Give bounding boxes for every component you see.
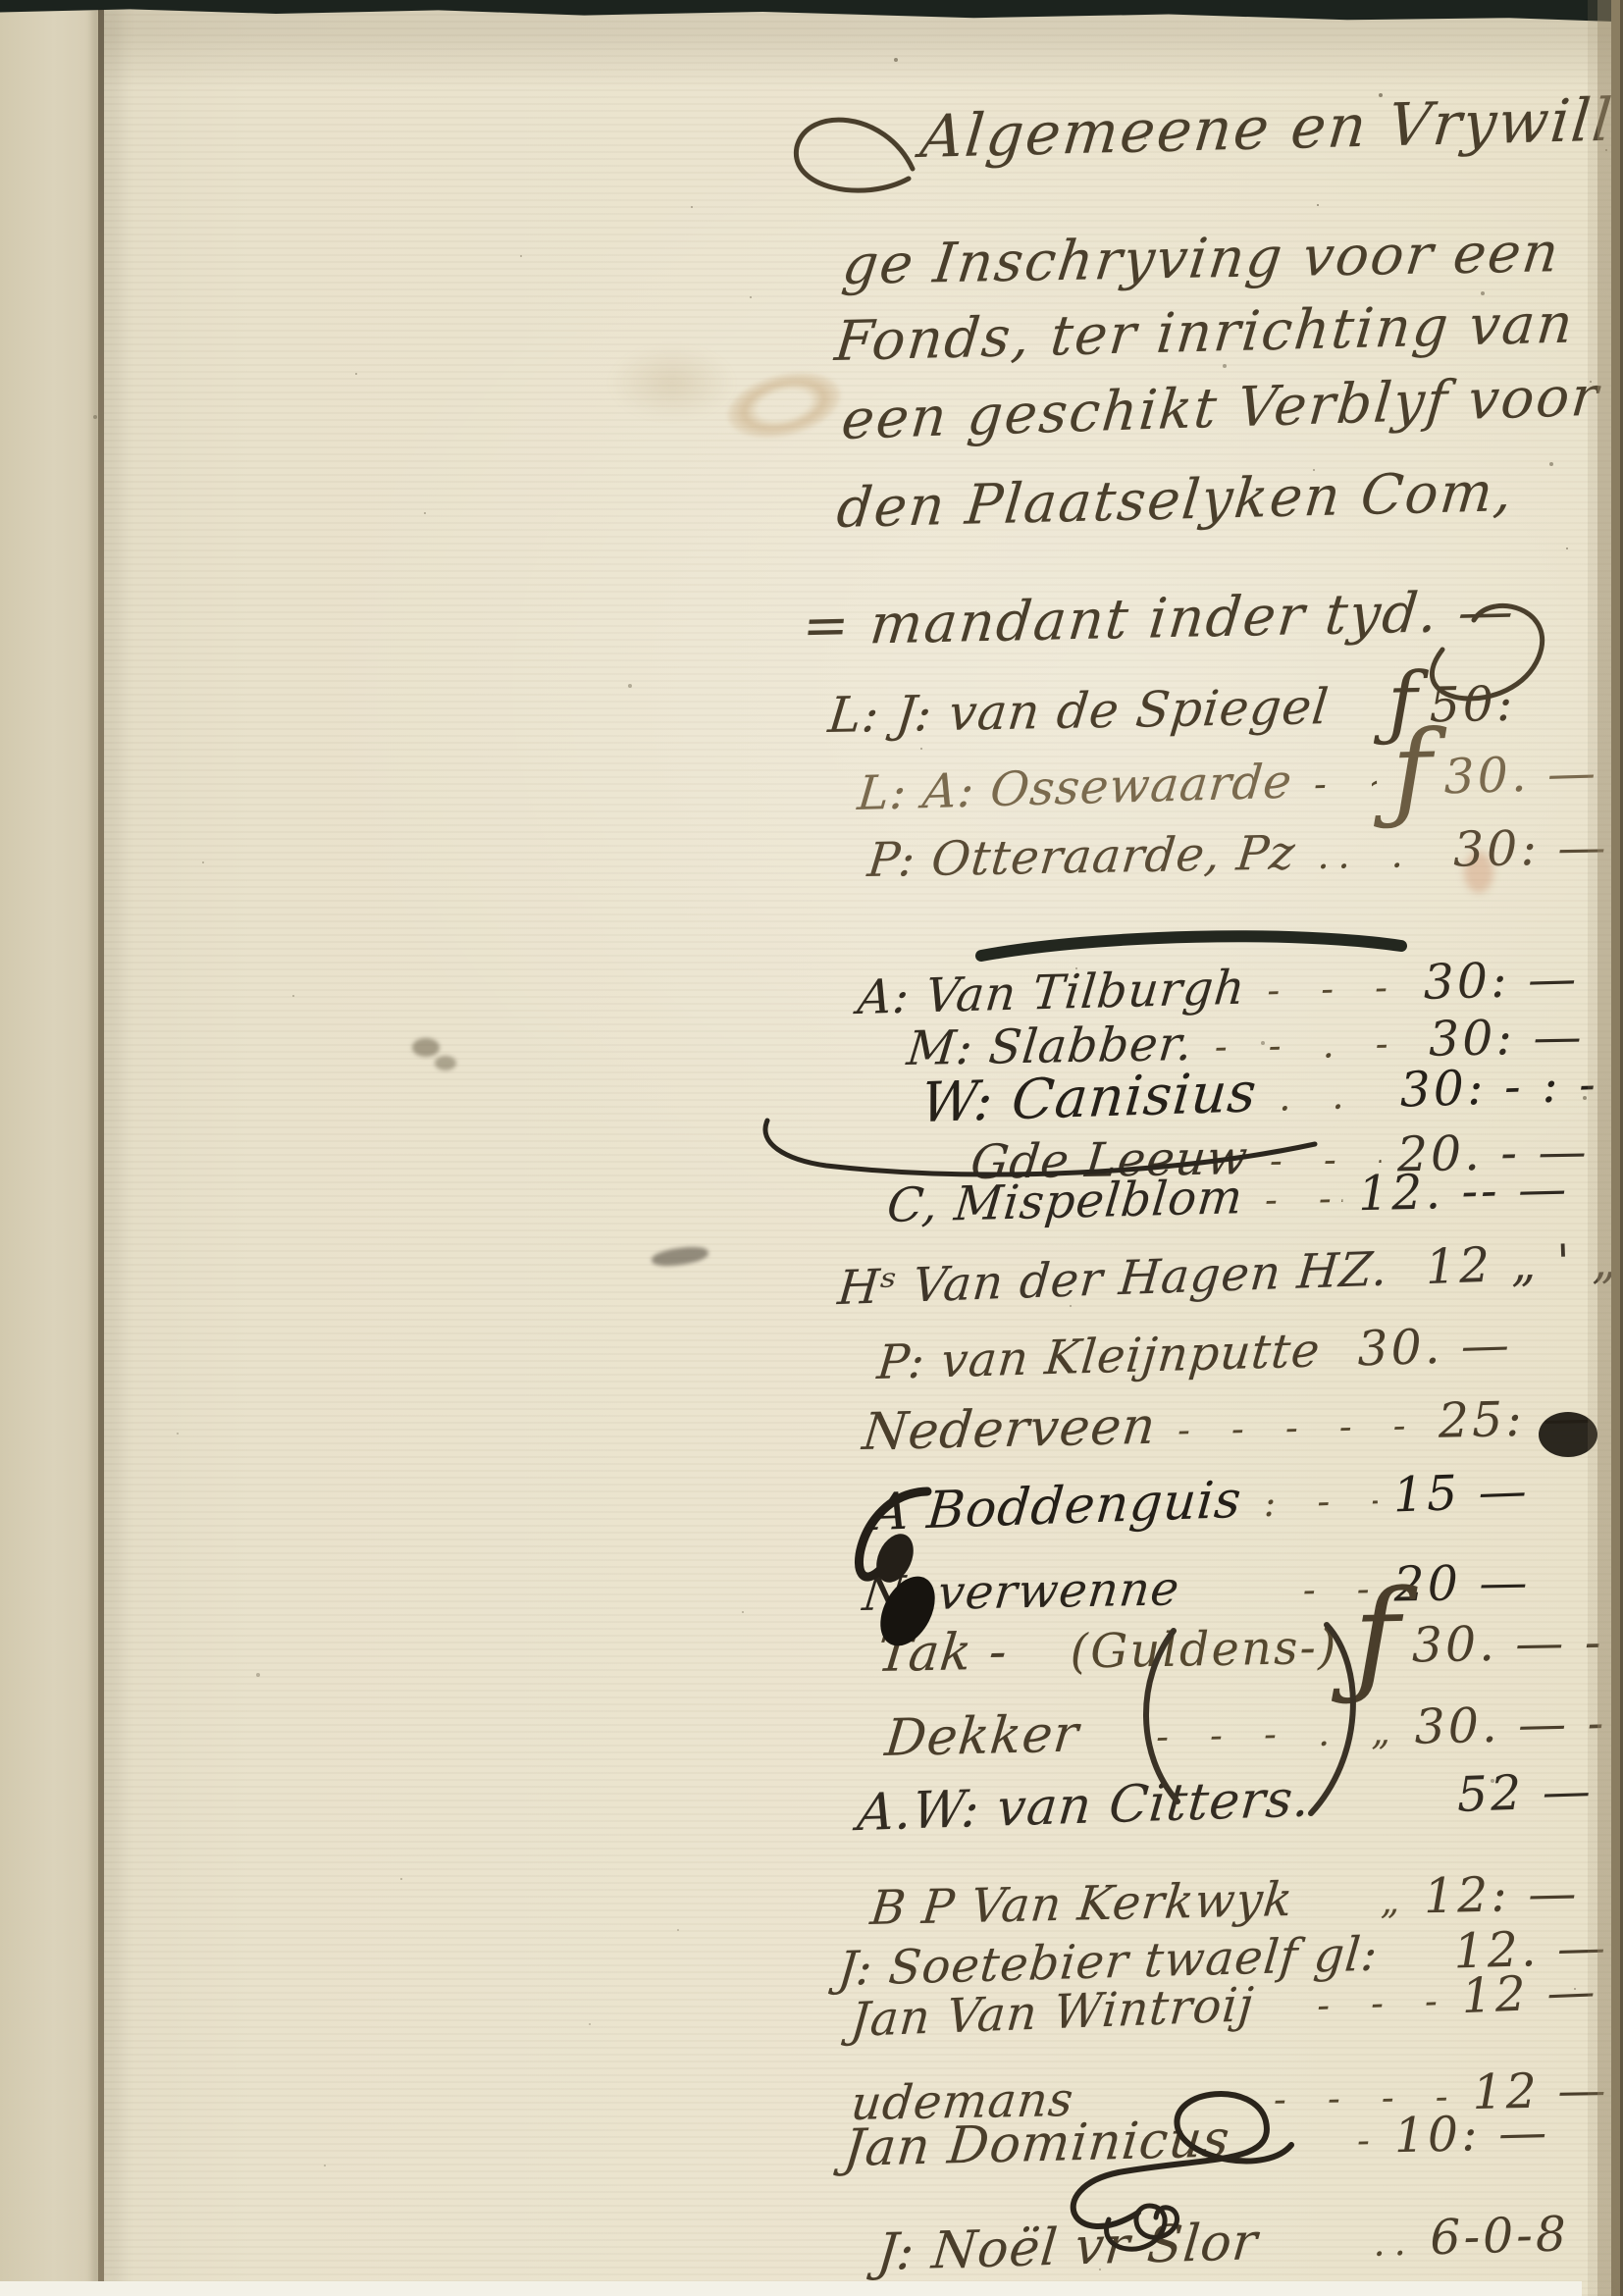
entry-leader: - - - — [1275, 1979, 1446, 2029]
crescent-stain — [720, 362, 847, 449]
entry-leader: .. — [1279, 2220, 1415, 2268]
entry-leader — [1333, 1811, 1441, 1815]
entry-amount: 15 — — [1392, 1463, 1531, 1524]
entry-leader: .. . „ — [1317, 832, 1439, 877]
ink-bleedthrough-stain — [589, 334, 756, 432]
entry-name: L: J: van de Spiegel — [825, 678, 1332, 744]
entry-name: Nˢ verwenne — [861, 1561, 1182, 1622]
small-smudge — [412, 1038, 440, 1057]
entry-name: A Boddenguis — [869, 1471, 1244, 1542]
entry-name: L: A: Ossewaarde — [856, 755, 1295, 822]
entry-amount: 30. — — [1357, 1317, 1513, 1377]
entry-amount: 30. — — [1443, 745, 1599, 805]
entry-leader: „ — [1341, 1331, 1342, 1375]
entry-amount: 30: — — [1423, 951, 1580, 1011]
entry-name: Hˢ Van der Hagen HZ. — [836, 1241, 1391, 1316]
entry-name: Tak - — [874, 1623, 1011, 1684]
scan-top-edge — [0, 0, 1623, 26]
entry-name: Dekker — [882, 1704, 1081, 1768]
small-smudge — [435, 1056, 456, 1070]
entry-name: B P Van Kerkwyk — [868, 1872, 1296, 1936]
ledger-entry: Nederveen- - - - - „25: — — [863, 1387, 1595, 1462]
entry-name: A.W: van Citters. — [855, 1769, 1313, 1843]
entry-name: P: van Kleijnputte — [875, 1323, 1323, 1390]
ledger-entry: A.W: van Citters.52 — — [857, 1760, 1595, 1843]
title-line: Algemeene en Vrywilli= — [917, 84, 1623, 172]
entry-leader: - — [1251, 2118, 1379, 2165]
entry-leader: (Guldens-) — [1028, 1620, 1338, 1680]
ledger-entry: A Boddenguis: - - - -15 — — [871, 1461, 1531, 1542]
title-line: Fonds, ter inrichting van — [832, 291, 1577, 374]
entry-leader: - ~ - . — [1313, 760, 1377, 806]
entry-amount: 30. — - — [1411, 1614, 1604, 1673]
florin-sign: ƒ — [1353, 1638, 1399, 1639]
page-right-edge — [1580, 0, 1623, 2296]
ledger-entry: Nˢ verwenne- -20 — — [863, 1554, 1531, 1622]
ledger-entry: Tak -(Guldens-)ƒ30. — - — [877, 1612, 1604, 1684]
entry-amount: 20 — — [1393, 1554, 1531, 1612]
title-flourish — [796, 120, 913, 190]
ledger-entry: P: van Kleijnputte„30. — — [876, 1317, 1510, 1390]
gray-smudge — [651, 1244, 709, 1269]
title-line: den Plaatselyken Com, — [834, 460, 1517, 541]
entry-name: Jan Dominicus — [841, 2110, 1232, 2178]
entry-amount: 25: — — [1438, 1389, 1595, 1448]
entry-name: Nederveen — [860, 1397, 1159, 1462]
ledger-entry: J: Noël vr Slor..6-0-8 — [876, 2204, 1569, 2282]
entry-leader: - - - - - „ — [1178, 1403, 1424, 1451]
entry-leader: „ — [1314, 1879, 1408, 1924]
ledger-entry: Hˢ Van der Hagen HZ.. .12 „ ' „ ! — [837, 1233, 1590, 1316]
title-line: ge Inschryving voor een — [839, 221, 1564, 297]
title-line: een geschikt Verblyf voor — [839, 365, 1602, 452]
entry-amount: 12: — — [1423, 1865, 1580, 1924]
entry-leader: - -- — [1264, 1176, 1342, 1222]
entry-amount: 6-0-8 — [1430, 2206, 1570, 2266]
entry-amount: 30. — - — [1414, 1695, 1607, 1754]
ledger-entry: L: A: Ossewaarde- ~ - .ƒ30. — — [857, 745, 1598, 821]
entry-leader: : - - - - — [1263, 1478, 1379, 1525]
entry-leader: - - - - . „ — [1267, 965, 1409, 1012]
entry-name: C, Mispelblom — [885, 1170, 1246, 1233]
entry-amount: 12. -- — — [1357, 1161, 1570, 1222]
ledger-entry: P: Otteraarde, Pz.. . „30: — — [867, 819, 1609, 888]
entry-name: P: Otteraarde, Pz — [865, 825, 1299, 888]
title-line: = mandant inder tyd. — — [800, 580, 1518, 658]
manuscript-page: Algemeene en Vrywilli=ge Inschryving voo… — [0, 0, 1623, 2296]
scan-bottom-edge — [0, 2281, 1582, 2296]
entry-leader: . . — [1409, 1250, 1411, 1293]
entry-amount: 12 — — [1460, 1963, 1598, 2024]
strike-mark — [981, 936, 1401, 956]
left-page-shade — [0, 0, 98, 2296]
book-fold-line — [98, 0, 104, 2296]
florin-sign: ƒ — [1392, 770, 1433, 771]
florin-sign: ƒ — [1387, 704, 1417, 704]
entry-amount: 50: — [1429, 676, 1516, 734]
entry-amount: 52 — — [1456, 1762, 1595, 1822]
entry-name: W: Canisius — [918, 1061, 1260, 1135]
entry-amount: 10: — — [1393, 2104, 1550, 2164]
entry-name: J: Noël vr Slor — [874, 2213, 1260, 2282]
ledger-entry: Dekker- - - . „30. — - — [885, 1693, 1607, 1768]
entry-leader: - - - . „ — [1100, 1709, 1399, 1759]
entry-amount: 30: - : - — [1399, 1056, 1599, 1118]
entry-leader: . . . . — [1278, 1072, 1385, 1119]
